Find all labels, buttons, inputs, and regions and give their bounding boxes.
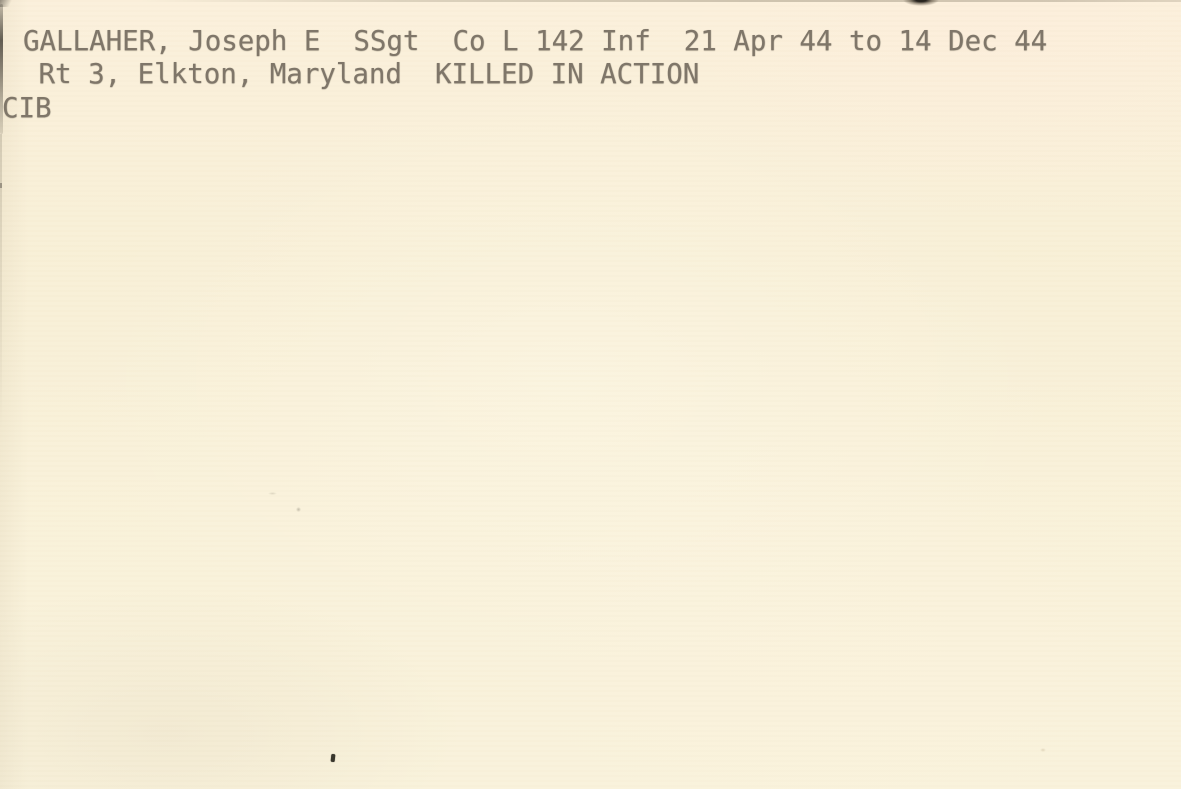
left-edge-faint-streak bbox=[0, 134, 2, 429]
bottom-right-faint-speck bbox=[1040, 748, 1046, 752]
record-line-address-casualty-status: Rt 3, Elkton, Maryland KILLED IN ACTION bbox=[22, 59, 699, 91]
top-edge-ink-smudge bbox=[903, 0, 939, 6]
record-line-award: CIB bbox=[2, 93, 52, 125]
center-faint-dash bbox=[268, 492, 277, 495]
record-line-name-rank-unit-dates: GALLAHER, Joseph E SSgt Co L 142 Inf 21 … bbox=[23, 26, 1047, 58]
center-faint-dot bbox=[296, 507, 301, 512]
index-card: GALLAHER, Joseph E SSgt Co L 142 Inf 21 … bbox=[0, 0, 1181, 789]
top-left-corner-speck bbox=[0, 0, 13, 7]
top-edge-shadow-line bbox=[140, 0, 1181, 2]
left-edge-speck bbox=[0, 183, 2, 188]
bottom-ink-speck bbox=[331, 754, 336, 762]
